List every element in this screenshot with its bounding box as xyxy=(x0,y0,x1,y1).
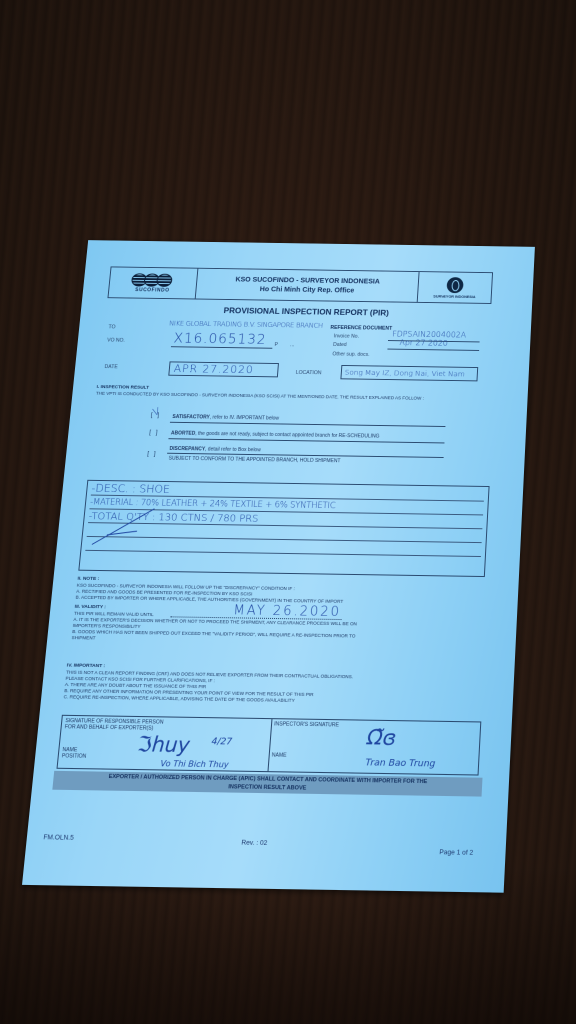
section-1-heading: I. INSPECTION RESULT xyxy=(96,385,149,391)
inspection-report-paper: SUCOFINDO KSO SUCOFINDO - SURVEYOR INDON… xyxy=(22,240,535,893)
option-aborted-bold: ABORTED xyxy=(171,431,196,437)
option-satisfactory: SATISFACTORY, refer to IV. IMPORTANT bel… xyxy=(172,414,279,421)
section-1-intro: THE VPTI IS CONDUCTED BY KSO SUCOFINDO -… xyxy=(96,391,489,403)
section-3-line-4: SHIPMENT xyxy=(71,635,96,641)
vo-no-suffix: P xyxy=(274,342,278,348)
dated-label: Dated xyxy=(333,342,347,348)
section-2-heading: II. NOTE : xyxy=(77,577,99,582)
box-line xyxy=(88,522,482,529)
vo-no-label: VO NO. xyxy=(107,338,125,344)
other-sup-docs-label: Other sup. docs. xyxy=(332,352,370,358)
reference-document-label: REFERENCE DOCUMENT xyxy=(330,325,392,332)
exporter-name-value: Vo Thi Bich Thuy xyxy=(160,759,229,769)
report-header: SUCOFINDO KSO SUCOFINDO - SURVEYOR INDON… xyxy=(107,266,493,304)
dated-underline xyxy=(387,349,479,351)
form-code: FM.OLN.5 xyxy=(43,834,74,842)
inspector-name-value: Tran Bao Trung xyxy=(365,758,436,770)
option-satisfactory-rest: , refer to IV. IMPORTANT below xyxy=(209,415,279,422)
signature-box: SIGNATURE OF RESPONSIBLE PERSON FOR AND … xyxy=(56,715,481,776)
option-underline-1 xyxy=(170,422,446,427)
section-3-heading: III. VALIDITY : xyxy=(74,605,106,611)
exporter-sign-date: 4/27 xyxy=(211,737,232,748)
desc-line-1: -DESC. : SHOE xyxy=(91,482,171,496)
invoice-no-label: Invoice No. xyxy=(333,334,359,340)
to-value: NIKE GLOBAL TRADING B.V. SINGAPORE BRANC… xyxy=(169,320,323,330)
inspector-signature[interactable]: Ω̃ɞ xyxy=(366,725,397,750)
section-3-line-3: B. GOODS WHICH HAS NOT BEEN SHIPPED OUT … xyxy=(72,629,356,640)
page-number: Page 1 of 2 xyxy=(439,849,473,857)
check-mark: V xyxy=(152,406,161,418)
to-label: TO xyxy=(108,324,115,330)
org-line-2: Ho Chi Minh City Rep. Office xyxy=(259,285,354,296)
sucofindo-caption: SUCOFINDO xyxy=(135,287,170,293)
location-field[interactable]: Song May IZ, Dong Nai, Viet Nam xyxy=(340,365,478,381)
box-line xyxy=(87,536,482,543)
surveyor-caption: SURVEYOR INDONESIA xyxy=(433,294,475,298)
section-4-heading: IV. IMPORTANT : xyxy=(67,663,106,669)
inspector-sig-heading: INSPECTOR'S SIGNATURE xyxy=(274,721,339,728)
option-discrepancy-bold: DISCREPANCY xyxy=(169,446,205,452)
option-discrepancy-sub: SUBJECT TO CONFORM TO THE APPOINTED BRAN… xyxy=(168,456,340,464)
option-satisfactory-bold: SATISFACTORY xyxy=(172,414,210,420)
vo-no-value: X16.065132 xyxy=(173,331,267,348)
surveyor-globe-icon xyxy=(446,277,463,293)
date-label: DATE xyxy=(104,364,118,370)
option-underline-2 xyxy=(168,438,444,443)
location-label: LOCATION xyxy=(296,370,322,376)
apic-notice-band: EXPORTER / AUTHORIZED PERSON IN CHARGE (… xyxy=(52,771,482,797)
surveyor-indonesia-logo: SURVEYOR INDONESIA xyxy=(417,272,492,303)
date-value: APR 27.2020 xyxy=(173,362,254,376)
discrepancy-checkbox[interactable]: [ ] xyxy=(147,451,156,457)
vo-no-underline xyxy=(171,346,272,348)
exporter-position-label: POSITION xyxy=(62,753,87,760)
discrepancy-detail-box[interactable]: -DESC. : SHOE -MATERIAL : 70% LEATHER + … xyxy=(78,480,489,577)
date-field[interactable]: APR 27.2020 xyxy=(168,361,279,377)
dated-value: Apr 27 2020 xyxy=(399,338,448,347)
org-name: KSO SUCOFINDO - SURVEYOR INDONESIA Ho Ch… xyxy=(196,269,419,302)
revision: Rev. : 02 xyxy=(241,839,268,847)
option-discrepancy-rest: , detail refer to Box below xyxy=(205,447,261,454)
box-line xyxy=(85,550,481,557)
location-value: Song May IZ, Dong Nai, Viet Nam xyxy=(345,368,466,378)
sucofindo-logo: SUCOFINDO xyxy=(109,267,199,298)
discrepancy-sub-text: SUBJECT TO CONFORM TO THE APPOINTED BRAN… xyxy=(168,456,340,464)
aborted-checkbox[interactable]: [ ] xyxy=(149,430,158,436)
report-title: PROVISIONAL INSPECTION REPORT (PIR) xyxy=(81,303,532,319)
exporter-signature[interactable]: ℑhuy xyxy=(137,732,191,758)
ellipsis: ... xyxy=(290,342,295,348)
sucofindo-globes-icon xyxy=(134,273,173,287)
inspector-name-label: NAME xyxy=(272,752,287,758)
signature-divider xyxy=(267,719,272,771)
